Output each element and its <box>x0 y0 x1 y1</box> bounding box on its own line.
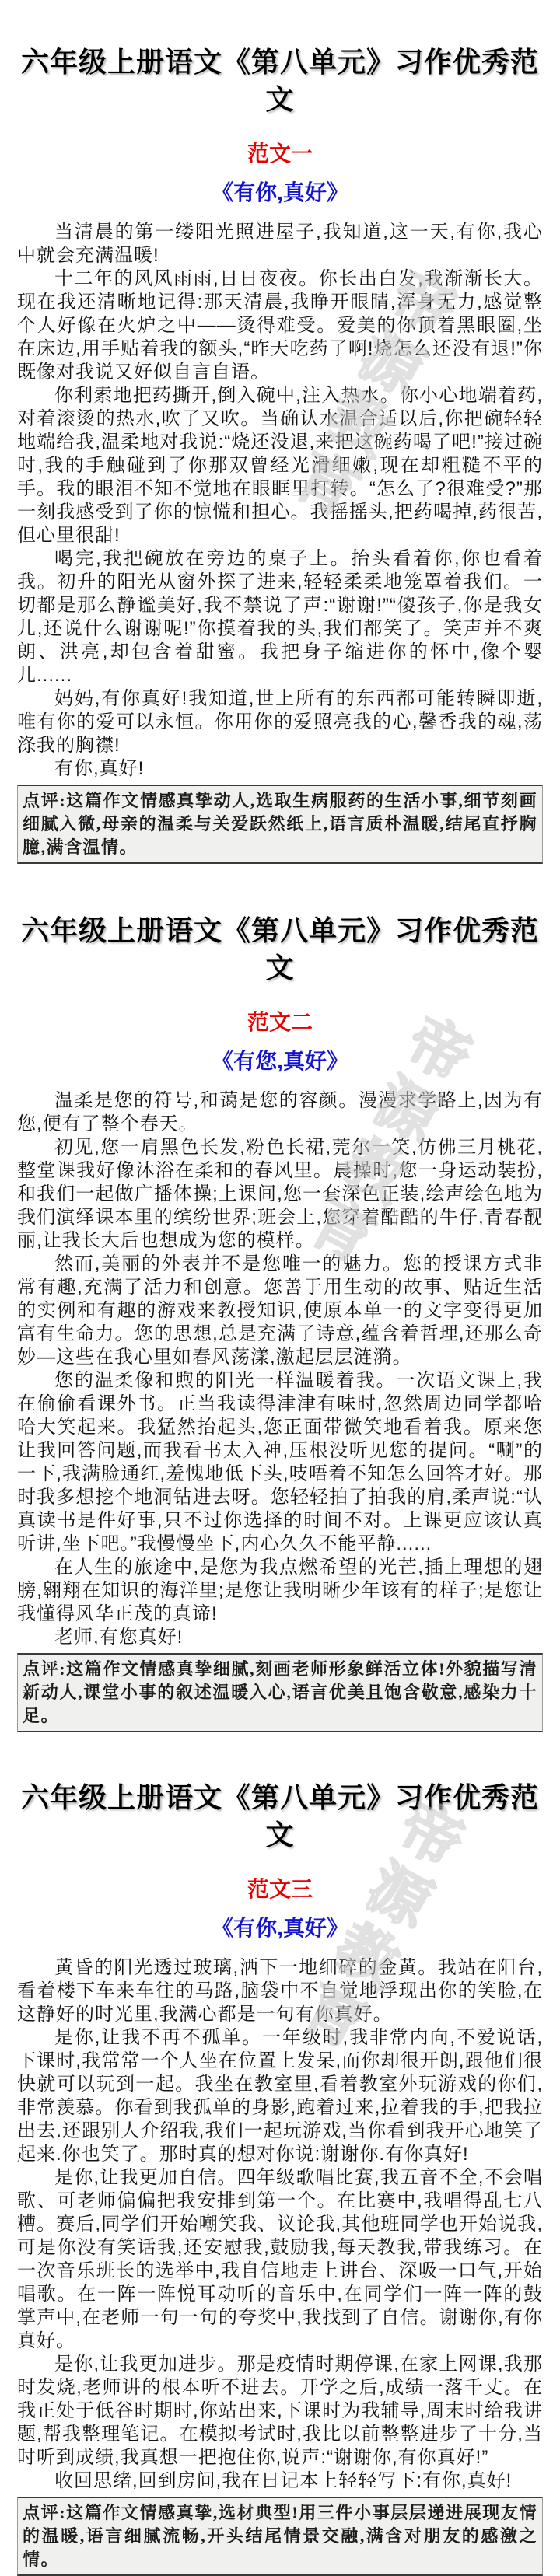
page-title: 六年级上册语文《第八单元》习作优秀范文 <box>17 1779 543 1854</box>
essay-body: 温柔是您的符号,和蔼是您的容颜。漫漫求学路上,因为有您,便有了整个春天。 初见,… <box>17 1089 543 1649</box>
comment-box: 点评:这篇作文情感真挚细腻,刻画老师形象鲜活立体!外貌描写清新动人,课堂小事的叙… <box>17 1653 543 1732</box>
paragraph: 当清晨的第一缕阳光照进屋子,我知道,这一天,有你,我心中就会充满温暖! <box>17 221 543 267</box>
essay-body: 当清晨的第一缕阳光照进屋子,我知道,这一天,有你,我心中就会充满温暖! 十二年的… <box>17 221 543 781</box>
paragraph: 妈妈,有你真好!我知道,世上所有的东西都可能转瞬即逝,唯有你的爱可以永恒。你用你… <box>17 687 543 757</box>
page-title: 六年级上册语文《第八单元》习作优秀范文 <box>17 912 543 987</box>
paragraph: 你利索地把药撕开,倒入碗中,注入热水。你小心地端着药,对着滚烫的热水,吹了又吹。… <box>17 384 543 547</box>
comment-box: 点评:这篇作文情感真挚动人,选取生病服药的生活小事,细节刻画细腻入微,母亲的温柔… <box>17 785 543 864</box>
paragraph: 您的温柔像和煦的阳光一样温暖着我。一次语文课上,我在偷偷看课外书。正当我读得津津… <box>17 1369 543 1556</box>
sample-label: 范文二 <box>17 1010 543 1035</box>
paragraph: 十二年的风风雨雨,日日夜夜。你长出白发,我渐渐长大。现在我还清晰地记得:那天清晨… <box>17 267 543 384</box>
paragraph: 是你,让我不再不孤单。一年级时,我非常内向,不爱说话,下课时,我常常一个人坐在位… <box>17 2026 543 2166</box>
paragraph: 老师,有您真好! <box>17 1626 543 1649</box>
sample-label: 范文三 <box>17 1877 543 1902</box>
paragraph: 在人生的旅途中,是您为我点燃希望的光芒,插上理想的翅膀,翱翔在知识的海洋里;是您… <box>17 1556 543 1626</box>
essay-title: 《有您,真好》 <box>17 1050 543 1072</box>
essay-title: 《有你,真好》 <box>17 1917 543 1939</box>
comment-box: 点评:这篇作文情感真挚,选材典型!用三件小事层层递进展现友情的温暖,语言细腻流畅… <box>17 2497 543 2576</box>
paragraph: 有你,真好! <box>17 757 543 781</box>
essay-section-3: 六年级上册语文《第八单元》习作优秀范文 范文三 《有你,真好》 黄昏的阳光透过玻… <box>0 1732 560 2576</box>
paragraph: 黄昏的阳光透过玻璃,洒下一地细碎的金黄。我站在阳台,看着楼下车来车往的马路,脑袋… <box>17 1956 543 2026</box>
paragraph: 温柔是您的符号,和蔼是您的容颜。漫漫求学路上,因为有您,便有了整个春天。 <box>17 1089 543 1136</box>
paragraph: 收回思绪,回到房间,我在日记本上轻轻写下:有你,真好! <box>17 2469 543 2493</box>
paragraph: 初见,您一肩黑色长发,粉色长裙,莞尔一笑,仿佛三月桃花,整堂课我好像沐浴在柔和的… <box>17 1136 543 1253</box>
page-title: 六年级上册语文《第八单元》习作优秀范文 <box>17 44 543 118</box>
paragraph: 是你,让我更加自信。四年级歌唱比赛,我五音不全,不会唱歌、可老师偏偏把我安排到第… <box>17 2166 543 2353</box>
essay-section-2: 六年级上册语文《第八单元》习作优秀范文 范文二 《有您,真好》 温柔是您的符号,… <box>0 864 560 1732</box>
paragraph: 是你,让我更加进步。那是疫情时期停课,在家上网课,我那时发烧,老师讲的根本听不进… <box>17 2353 543 2469</box>
sample-label: 范文一 <box>17 142 543 166</box>
paragraph: 喝完,我把碗放在旁边的桌子上。抬头看着你,你也看着我。初升的阳光从窗外探了进来,… <box>17 547 543 687</box>
document-page: 帝源教育 帝源教育 帝源教育 六年级上册语文《第八单元》习作优秀范文 范文一 《… <box>0 0 560 2576</box>
paragraph: 然而,美丽的外表并不是您唯一的魅力。您的授课方式非常有趣,充满了活力和创意。您善… <box>17 1253 543 1369</box>
essay-title: 《有你,真好》 <box>17 182 543 204</box>
essay-section-1: 六年级上册语文《第八单元》习作优秀范文 范文一 《有你,真好》 当清晨的第一缕阳… <box>0 0 560 864</box>
essay-body: 黄昏的阳光透过玻璃,洒下一地细碎的金黄。我站在阳台,看着楼下车来车往的马路,脑袋… <box>17 1956 543 2493</box>
